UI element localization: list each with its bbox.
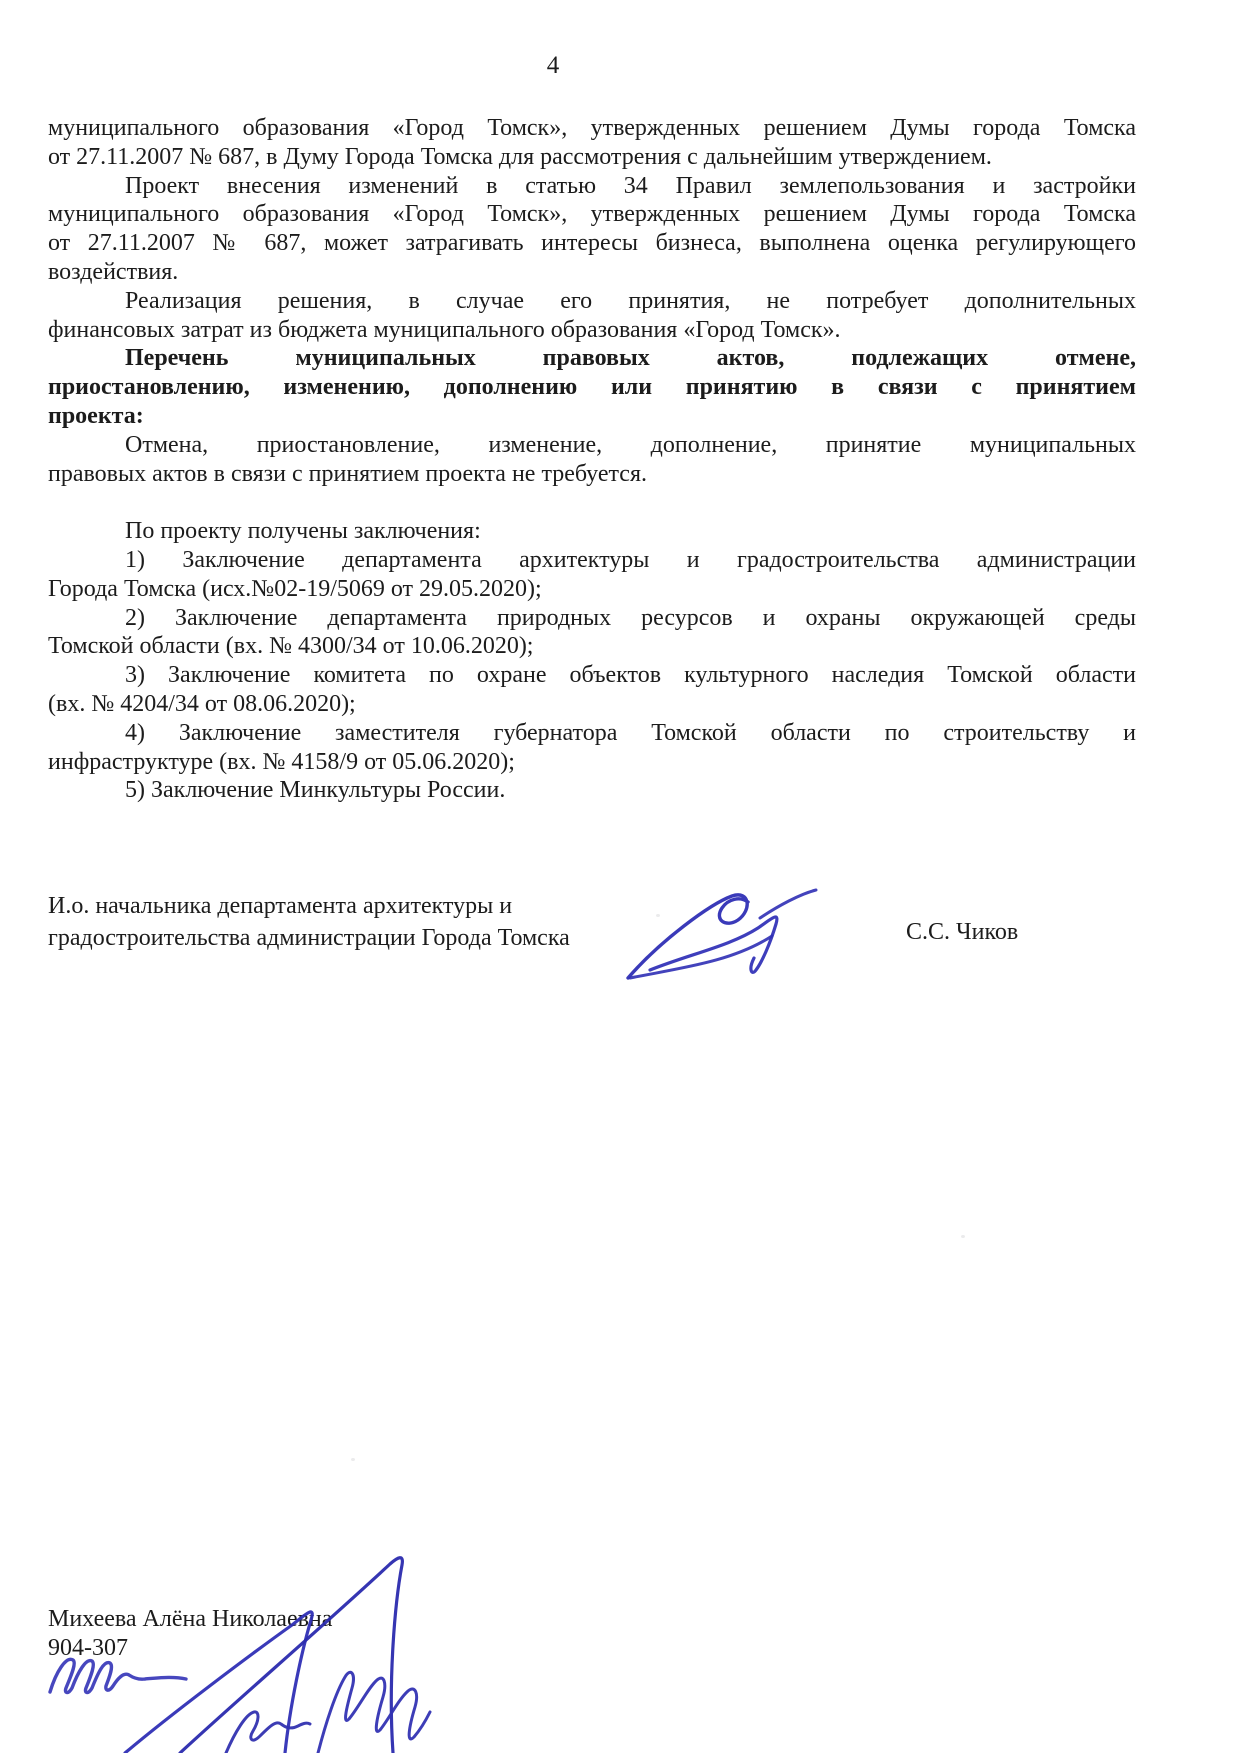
body-line: 2) Заключение департамента природных рес… bbox=[48, 604, 1136, 633]
body-line: муниципального образования «Город Томск»… bbox=[48, 114, 1136, 143]
body-line: Отмена, приостановление, изменение, допо… bbox=[48, 431, 1136, 460]
body-line: Города Томска (исх.№02-19/5069 от 29.05.… bbox=[48, 575, 1136, 604]
body-line: муниципального образования «Город Томск»… bbox=[48, 200, 1136, 229]
body-line bbox=[48, 488, 1136, 517]
body-line: правовых актов в связи с принятием проек… bbox=[48, 460, 1136, 489]
signature-position-title: И.о. начальника департамента архитектуры… bbox=[48, 891, 608, 954]
body-line: Томской области (вх. № 4300/34 от 10.06.… bbox=[48, 632, 1136, 661]
scan-speck bbox=[351, 1458, 355, 1461]
page-number: 4 bbox=[48, 52, 1058, 80]
body-line: Реализация решения, в случае его приняти… bbox=[48, 287, 1136, 316]
body-line: Проект внесения изменений в статью 34 Пр… bbox=[48, 172, 1136, 201]
body-line: проекта: bbox=[48, 402, 1136, 431]
body-line: инфраструктуре (вх. № 4158/9 от 05.06.20… bbox=[48, 748, 1136, 777]
signature-position-line1: И.о. начальника департамента архитектуры… bbox=[48, 891, 608, 923]
body-line: Перечень муниципальных правовых актов, п… bbox=[48, 344, 1136, 373]
signer-name: С.С. Чиков bbox=[906, 919, 1018, 946]
body-line: от 27.11.2007 № 687, в Думу Города Томск… bbox=[48, 143, 1136, 172]
body-line: приостановлению, изменению, дополнению и… bbox=[48, 373, 1136, 402]
executor-signatures-scribble bbox=[30, 1540, 450, 1753]
body-line: воздействия. bbox=[48, 258, 1136, 287]
body-line: 5) Заключение Минкультуры России. bbox=[48, 776, 1136, 805]
body-line: 1) Заключение департамента архитектуры и… bbox=[48, 546, 1136, 575]
chikov-signature-scribble bbox=[610, 866, 830, 991]
body-text: муниципального образования «Город Томск»… bbox=[48, 114, 1136, 805]
body-line: 4) Заключение заместителя губернатора То… bbox=[48, 719, 1136, 748]
document-page: 4 муниципального образования «Город Томс… bbox=[0, 0, 1240, 1753]
signature-position-line2: градостроительства администрации Города … bbox=[48, 923, 608, 955]
body-line: По проекту получены заключения: bbox=[48, 517, 1136, 546]
body-line: финансовых затрат из бюджета муниципальн… bbox=[48, 316, 1136, 345]
body-line: (вх. № 4204/34 от 08.06.2020); bbox=[48, 690, 1136, 719]
body-line: 3) Заключение комитета по охране объекто… bbox=[48, 661, 1136, 690]
scan-speck bbox=[961, 1235, 965, 1238]
scan-speck bbox=[656, 914, 660, 917]
body-line: от 27.11.2007 № 687, может затрагивать и… bbox=[48, 229, 1136, 258]
